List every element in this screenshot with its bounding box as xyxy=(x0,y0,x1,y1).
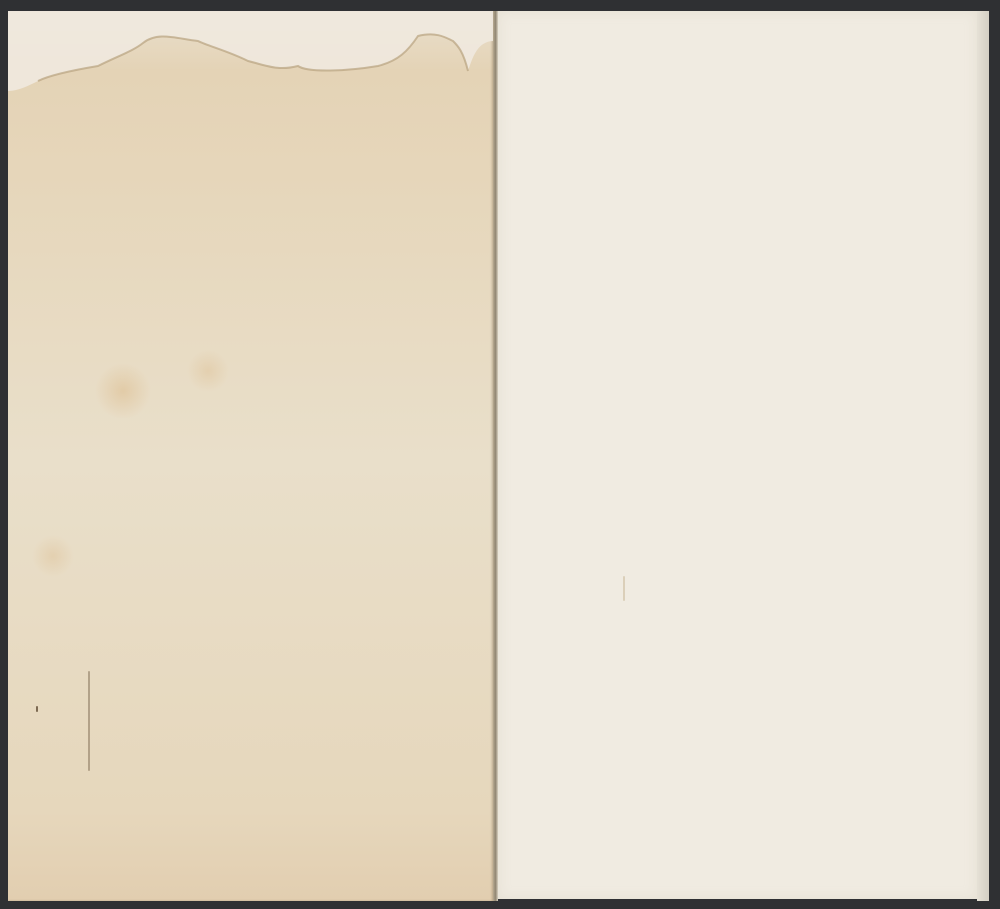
left-page xyxy=(8,11,494,901)
page-edges xyxy=(977,11,989,901)
water-stain xyxy=(8,11,494,91)
ink-speck xyxy=(36,706,38,712)
right-page xyxy=(498,11,977,899)
stain-mark xyxy=(623,576,625,601)
crease-mark xyxy=(88,671,90,771)
